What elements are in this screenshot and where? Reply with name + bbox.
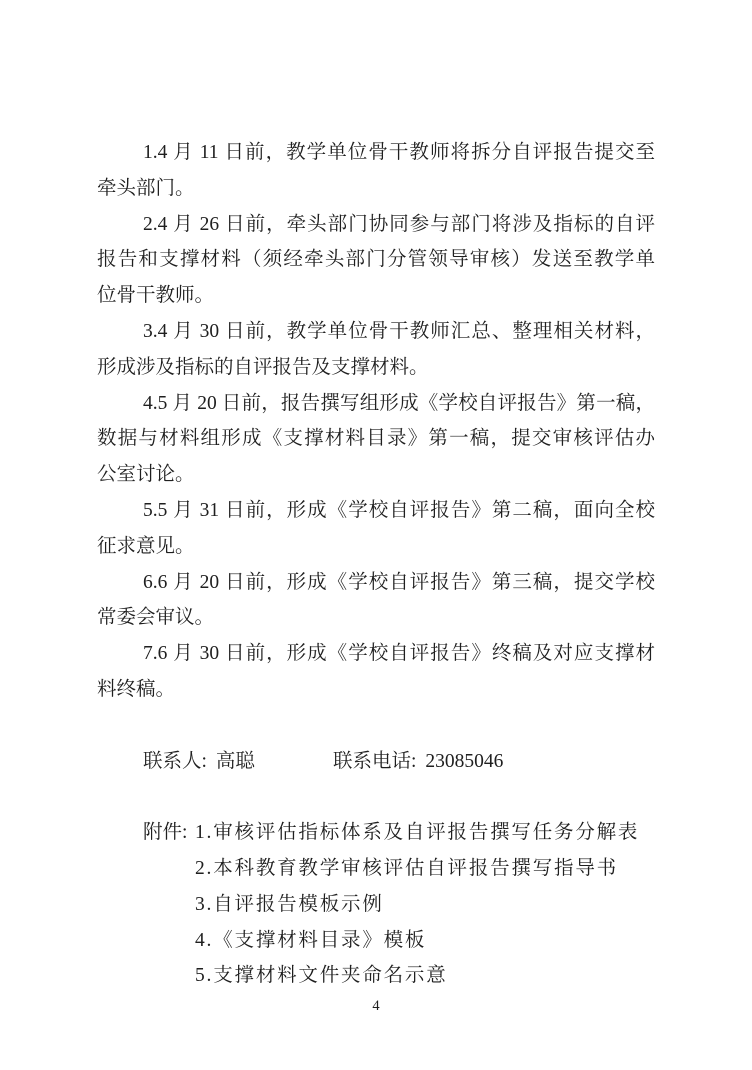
paragraph-line: 常委会审议。 bbox=[97, 600, 655, 636]
attachment-item: 2.本科教育教学审核评估自评报告撰写指导书 bbox=[195, 851, 655, 887]
page-number: 4 bbox=[0, 996, 752, 1016]
attachment-item: 3.自评报告模板示例 bbox=[195, 887, 655, 923]
paragraph-line: 位骨干教师。 bbox=[97, 278, 655, 314]
contact-line: 联系人:高聪联系电话:23085046 bbox=[97, 744, 655, 780]
paragraph-line: 料终稿。 bbox=[97, 672, 655, 708]
contact-person-name: 高聪 bbox=[216, 751, 255, 772]
paragraph-line: 2.4 月 26 日前，牵头部门协同参与部门将涉及指标的自评 bbox=[97, 207, 655, 243]
contact-phone-label: 联系电话: bbox=[333, 751, 416, 772]
document-body: 1.4 月 11 日前，教学单位骨干教师将拆分自评报告提交至 牵头部门。 2.4… bbox=[97, 135, 655, 994]
paragraph-line: 7.6 月 30 日前，形成《学校自评报告》终稿及对应支撑材 bbox=[97, 636, 655, 672]
paragraph-line: 牵头部门。 bbox=[97, 171, 655, 207]
paragraph-line: 6.6 月 20 日前，形成《学校自评报告》第三稿，提交学校 bbox=[97, 565, 655, 601]
contact-phone-number: 23085046 bbox=[425, 751, 503, 772]
paragraph-line: 征求意见。 bbox=[97, 529, 655, 565]
paragraph-line: 5.5 月 31 日前，形成《学校自评报告》第二稿，面向全校 bbox=[97, 493, 655, 529]
paragraph-line: 公室讨论。 bbox=[97, 457, 655, 493]
paragraph-line: 4.5 月 20 日前，报告撰写组形成《学校自评报告》第一稿， bbox=[97, 386, 655, 422]
paragraph-line: 3.4 月 30 日前，教学单位骨干教师汇总、整理相关材料， bbox=[97, 314, 655, 350]
schedule-item-2: 2.4 月 26 日前，牵头部门协同参与部门将涉及指标的自评 报告和支撑材料（须… bbox=[97, 207, 655, 314]
schedule-item-6: 6.6 月 20 日前，形成《学校自评报告》第三稿，提交学校 常委会审议。 bbox=[97, 565, 655, 637]
paragraph-line: 数据与材料组形成《支撑材料目录》第一稿，提交审核评估办 bbox=[97, 421, 655, 457]
attachment-item: 5.支撑材料文件夹命名示意 bbox=[195, 958, 655, 994]
paragraph-line: 1.4 月 11 日前，教学单位骨干教师将拆分自评报告提交至 bbox=[97, 135, 655, 171]
attachment-item: 1.审核评估指标体系及自评报告撰写任务分解表 bbox=[195, 815, 655, 851]
schedule-item-4: 4.5 月 20 日前，报告撰写组形成《学校自评报告》第一稿， 数据与材料组形成… bbox=[97, 386, 655, 493]
attachments-label: 附件: bbox=[143, 815, 195, 851]
document-page: 1.4 月 11 日前，教学单位骨干教师将拆分自评报告提交至 牵头部门。 2.4… bbox=[0, 0, 752, 1070]
paragraph-line: 形成涉及指标的自评报告及支撑材料。 bbox=[97, 350, 655, 386]
attachment-item: 4.《支撑材料目录》模板 bbox=[195, 923, 655, 959]
paragraph-line: 报告和支撑材料（须经牵头部门分管领导审核）发送至教学单 bbox=[97, 242, 655, 278]
attachments-list: 1.审核评估指标体系及自评报告撰写任务分解表 2.本科教育教学审核评估自评报告撰… bbox=[195, 815, 655, 994]
schedule-item-3: 3.4 月 30 日前，教学单位骨干教师汇总、整理相关材料， 形成涉及指标的自评… bbox=[97, 314, 655, 386]
schedule-item-1: 1.4 月 11 日前，教学单位骨干教师将拆分自评报告提交至 牵头部门。 bbox=[97, 135, 655, 207]
contact-person-label: 联系人: bbox=[143, 751, 207, 772]
schedule-item-5: 5.5 月 31 日前，形成《学校自评报告》第二稿，面向全校 征求意见。 bbox=[97, 493, 655, 565]
schedule-item-7: 7.6 月 30 日前，形成《学校自评报告》终稿及对应支撑材 料终稿。 bbox=[97, 636, 655, 708]
attachments-section: 附件: 1.审核评估指标体系及自评报告撰写任务分解表 2.本科教育教学审核评估自… bbox=[97, 815, 655, 994]
